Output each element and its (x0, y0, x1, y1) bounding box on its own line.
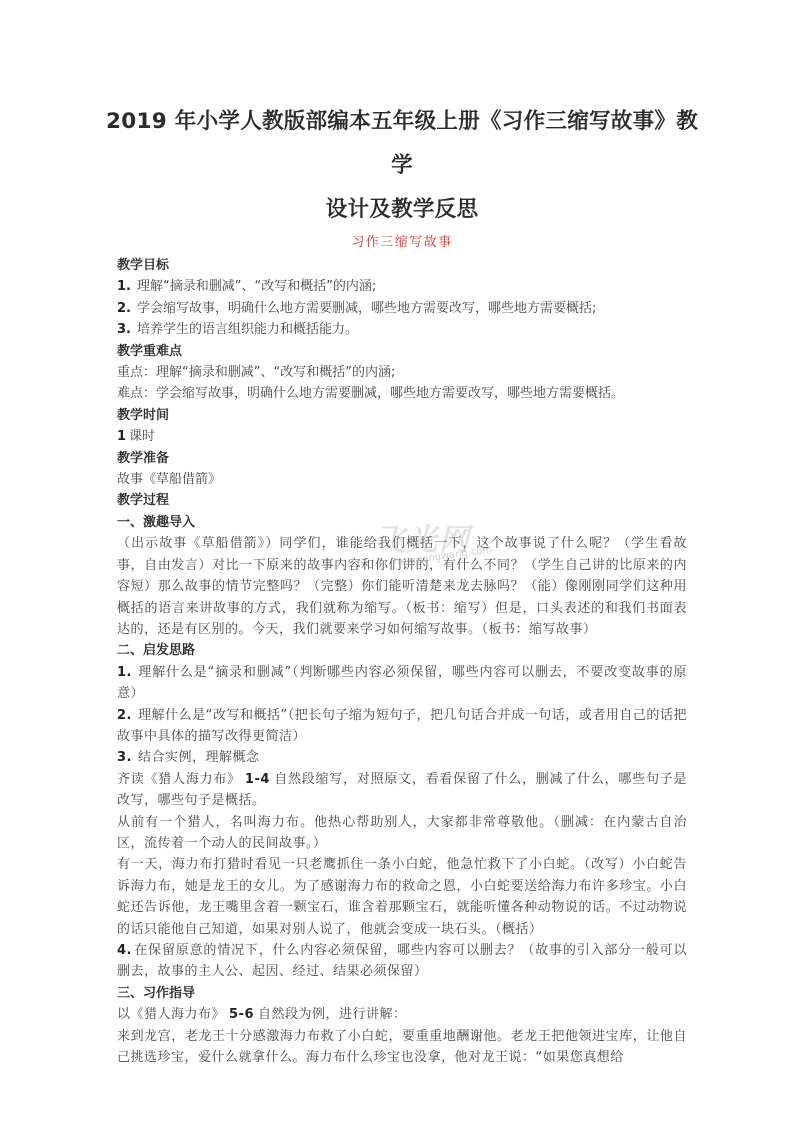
part2-item-text: 结合实例，理解概念 (138, 750, 260, 765)
part2-item-number: 2. (117, 708, 132, 723)
document-subtitle: 习作三缩写故事 (117, 233, 687, 253)
goal-item-number: 2. (117, 301, 131, 316)
intro-post: 自然段为例，进行讲解： (258, 1007, 407, 1022)
part2-item-text: 在保留原意的情况下，什么内容必须保留，哪些内容可以删去？（故事的引入部分一般可以… (117, 943, 687, 979)
part2-heading: 二、启发思路 (117, 640, 687, 661)
goal-item-text: 理解“摘录和删减”、“改写和概括”的内涵; (137, 279, 376, 294)
document-page: 2019 年小学人教版部编本五年级上册《习作三缩写故事》教学 设计及教学反思 习… (117, 100, 687, 1068)
read-instruction: 齐读《猎人海力布》1-4自然段缩写，对照原文，看看保留了什么，删减了什么，哪些句… (117, 769, 687, 812)
prep-text: 故事《草船借箭》 (117, 469, 687, 490)
section-heading-prep: 教学准备 (117, 448, 687, 469)
time-number: 1 (117, 429, 126, 444)
goal-item-number: 3. (117, 322, 131, 337)
example-paragraph-1: 从前有一个猎人，名叫海力布。他热心帮助别人，大家都非常尊敬他。（删减：在内蒙古自… (117, 812, 687, 855)
part2-item-number: 1. (117, 665, 132, 680)
key-point-difficulty: 难点：学会缩写故事，明确什么地方需要删减，哪些地方需要改写，哪些地方需要概括。 (117, 383, 687, 404)
part2-item: 2.理解什么是“改写和概括”（把长句子缩为短句子，把几句话合并成一句话，或者用自… (117, 705, 687, 748)
goal-item-text: 培养学生的语言组织能力和概括能力。 (137, 322, 358, 337)
intro-pre: 以《猎人海力布》 (117, 1007, 225, 1022)
goal-item-text: 学会缩写故事，明确什么地方需要删减，哪些地方需要改写，哪些地方需要概括; (137, 301, 596, 316)
example-paragraph-2: 有一天，海力布打猎时看见一只老鹰抓住一条小白蛇，他急忙救下了小白蛇。（改写）小白… (117, 854, 687, 940)
part3-intro: 以《猎人海力布》5-6自然段为例，进行讲解： (117, 1004, 687, 1025)
part1-paragraph: （出示故事《草船借箭》）同学们，谁能给我们概括一下，这个故事说了什么呢？（学生看… (117, 533, 687, 640)
part2-item-number: 4. (117, 943, 132, 958)
part3-heading: 三、习作指导 (117, 983, 687, 1004)
goal-item: 2.学会缩写故事，明确什么地方需要删减，哪些地方需要改写，哪些地方需要概括; (117, 298, 687, 319)
goal-item: 3.培养学生的语言组织能力和概括能力。 (117, 319, 687, 340)
part2-item-number: 3. (117, 750, 132, 765)
goal-item: 1.理解“摘录和删减”、“改写和概括”的内涵; (117, 276, 687, 297)
section-heading-goals: 教学目标 (117, 255, 687, 276)
document-title-line2: 设计及教学反思 (117, 188, 687, 232)
section-heading-time: 教学时间 (117, 405, 687, 426)
goal-item-number: 1. (117, 279, 131, 294)
part2-item-text: 理解什么是“摘录和删减”（判断哪些内容必须保留，哪些内容可以删去，不要改变故事的… (117, 665, 687, 701)
section-heading-key-points: 教学重难点 (117, 341, 687, 362)
document-title-line1: 2019 年小学人教版部编本五年级上册《习作三缩写故事》教学 (105, 100, 699, 188)
part3-paragraph: 来到龙宫，老龙王十分感激海力布救了小白蛇，要重重地酬谢他。老龙王把他领进宝库，让… (117, 1026, 687, 1069)
read-range: 1-4 (245, 772, 270, 787)
key-point-focus: 重点：理解“摘录和删减”、“改写和概括”的内涵; (117, 362, 687, 383)
read-pre: 齐读《猎人海力布》 (117, 772, 241, 787)
intro-range: 5-6 (229, 1007, 254, 1022)
part1-heading: 一、激趣导入 (117, 512, 687, 533)
time-unit: 课时 (129, 429, 155, 444)
part2-item-text: 理解什么是“改写和概括”（把长句子缩为短句子，把几句话合并成一句话，或者用自己的… (117, 708, 687, 744)
teaching-time: 1课时 (117, 426, 687, 447)
part2-item: 4.在保留原意的情况下，什么内容必须保留，哪些内容可以删去？（故事的引入部分一般… (117, 940, 687, 983)
part2-item: 1.理解什么是“摘录和删减”（判断哪些内容必须保留，哪些内容可以删去，不要改变故… (117, 662, 687, 705)
part2-item: 3.结合实例，理解概念 (117, 747, 687, 768)
section-heading-process: 教学过程 (117, 490, 687, 511)
